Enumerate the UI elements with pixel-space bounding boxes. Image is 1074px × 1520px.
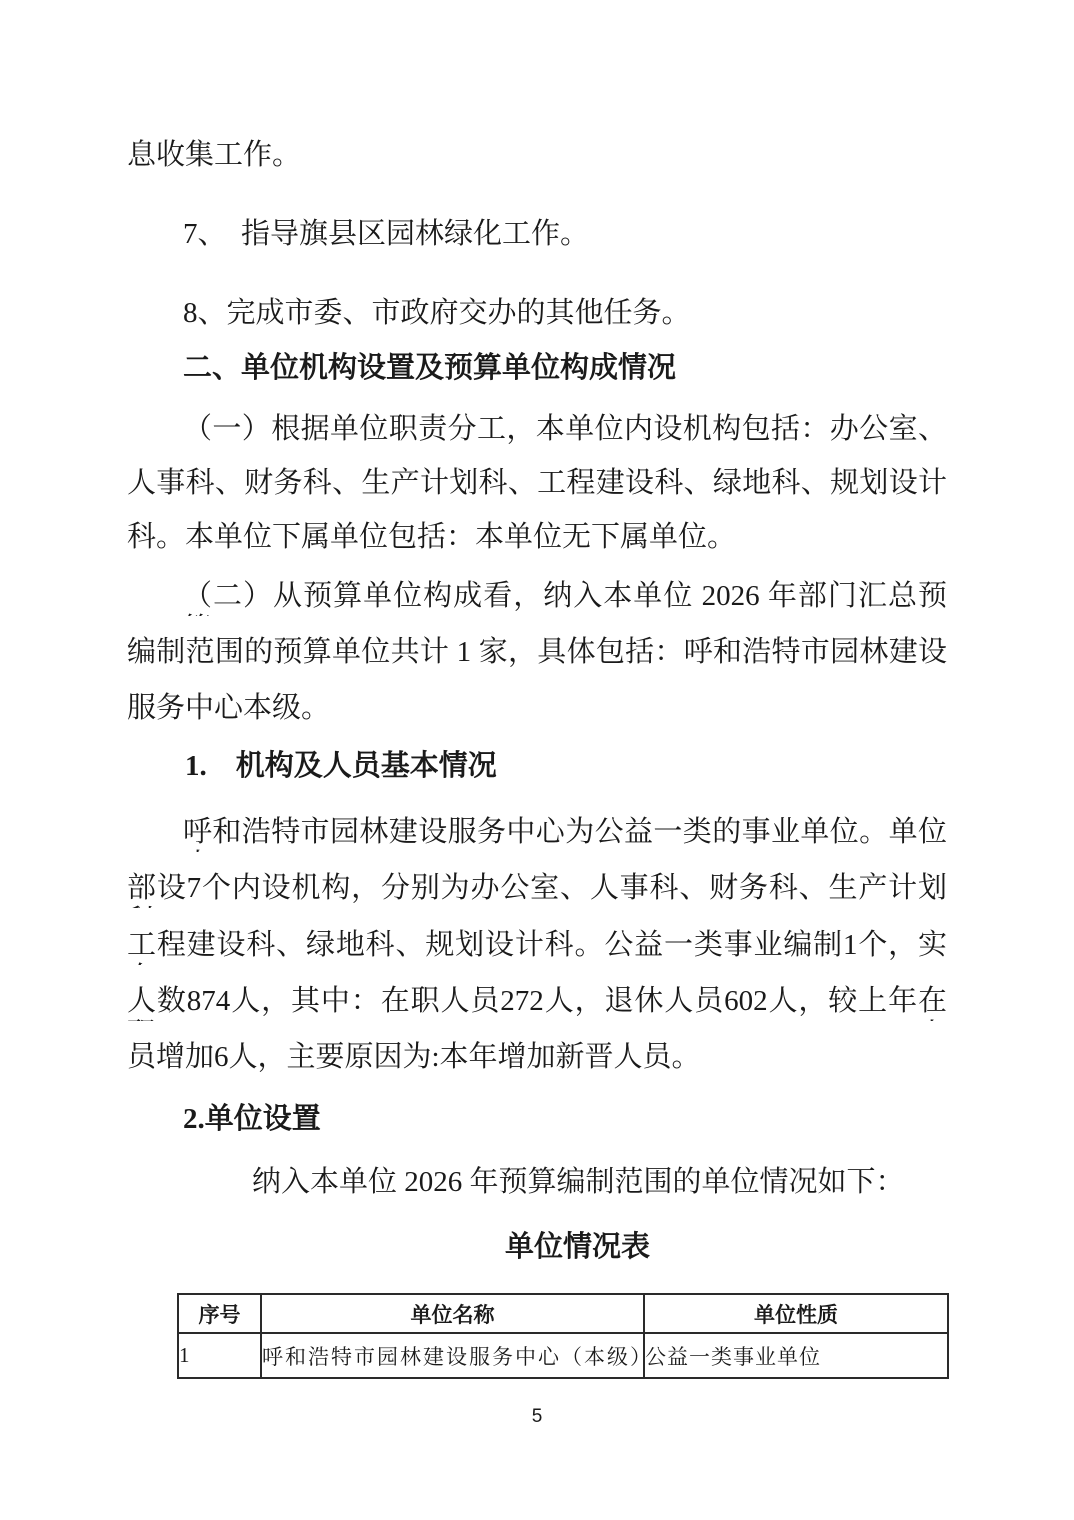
cell-unit-name: 呼和浩特市园林建设服务中心（本级） xyxy=(261,1333,644,1378)
para-two-line: （二）从预算单位构成看，纳入本单位 2026 年部门汇总预算 xyxy=(183,580,947,616)
para-three-line: 员增加6人，主要原因为:本年增加新晋人员。 xyxy=(127,1041,701,1074)
duty-item-8: 8、完成市委、市政府交办的其他任务。 xyxy=(183,297,691,330)
para-four-line: 纳入本单位 2026 年预算编制范围的单位情况如下： xyxy=(252,1166,905,1199)
para-two-line: 服务中心本级。 xyxy=(127,692,330,725)
col-header-index: 序号 xyxy=(178,1294,261,1333)
cell-index: 1 xyxy=(178,1333,261,1378)
body-line-carryover: 息收集工作。 xyxy=(127,139,301,172)
subheading-staff-basics: 1. 机构及人员基本情况 xyxy=(185,750,497,783)
duty-item-7: 7、 指导旗县区园林绿化工作。 xyxy=(183,218,589,251)
col-header-unit-type: 单位性质 xyxy=(644,1294,948,1333)
para-three-line: 部设7个内设机构，分别为办公室、人事科、财务科、生产计划科、 xyxy=(127,872,947,908)
unit-table: 序号 单位名称 单位性质 1 呼和浩特市园林建设服务中心（本级） 公益一类事业单… xyxy=(177,1293,949,1379)
page-number: 5 xyxy=(0,1406,1074,1428)
section-heading-org-structure: 二、单位机构设置及预算单位构成情况 xyxy=(183,352,676,385)
table-title: 单位情况表 xyxy=(505,1231,650,1264)
para-one-line: （一）根据单位职责分工，本单位内设机构包括：办公室、 xyxy=(183,413,947,449)
para-three-line: 呼和浩特市园林建设服务中心为公益一类的事业单位。单位内 xyxy=(183,816,947,852)
subheading-unit-setup: 2.单位设置 xyxy=(183,1103,321,1136)
unit-table-row: 1 呼和浩特市园林建设服务中心（本级） 公益一类事业单位 xyxy=(178,1333,948,1378)
cell-unit-type: 公益一类事业单位 xyxy=(644,1333,948,1378)
unit-table-header-row: 序号 单位名称 单位性质 xyxy=(178,1294,948,1333)
para-three-line: 工程建设科、绿地科、规划设计科。公益一类事业编制1个，实有 xyxy=(127,929,947,965)
document-page: 息收集工作。 7、 指导旗县区园林绿化工作。 8、完成市委、市政府交办的其他任务… xyxy=(0,0,1074,1520)
para-one-line: 科。本单位下属单位包括：本单位无下属单位。 xyxy=(127,521,736,554)
para-two-line: 编制范围的预算单位共计 1 家，具体包括：呼和浩特市园林建设 xyxy=(127,636,947,672)
para-three-line: 人数874人，其中：在职人员272人，退休人员602人，较上年在职人 xyxy=(127,985,947,1021)
col-header-unit-name: 单位名称 xyxy=(261,1294,644,1333)
para-one-line: 人事科、财务科、生产计划科、工程建设科、绿地科、规划设计 xyxy=(127,467,947,503)
